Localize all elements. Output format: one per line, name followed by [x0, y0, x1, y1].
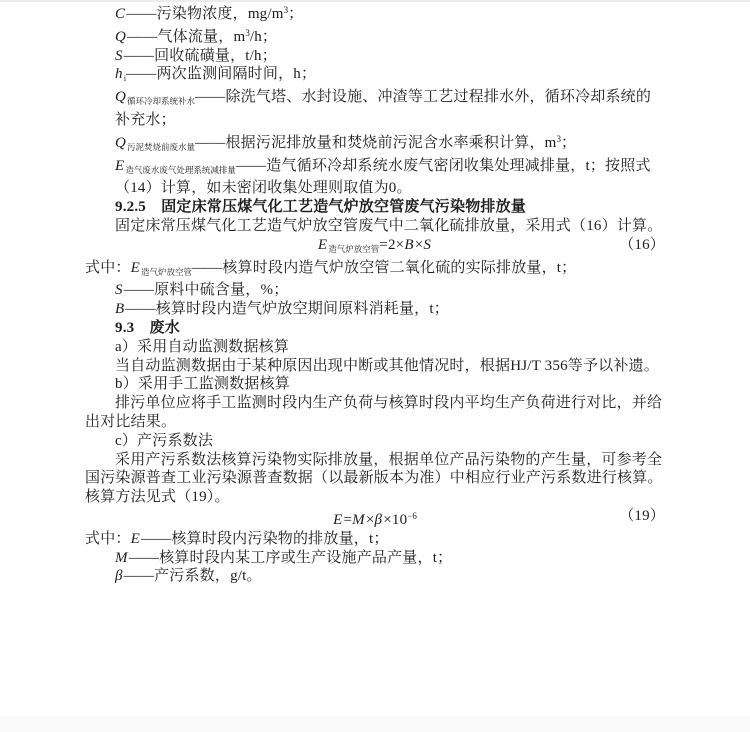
text-run: ×10: [383, 512, 407, 528]
text-run: ——核算时段内造气炉放空管二氧化硫的实际排放量，t；: [192, 260, 576, 276]
definition-line: B——核算时段内造气炉放空期间原料消耗量，t；: [115, 300, 665, 319]
paragraph-line: 采用产污系数法核算污染物实际排放量，根据单位产品污染物的产生量，可参考全国污染源…: [85, 451, 665, 507]
text-run: 排污单位应将手工监测时段内生产负荷与核算时段内平均生产负荷进行对比，并给出对比结…: [85, 395, 662, 430]
text-run: ——产污系数，g/t。: [124, 568, 262, 584]
variable-symbol: E: [318, 237, 328, 253]
where-clause-line: 式中：E——核算时段内污染物的排放量，t；: [85, 530, 665, 549]
definition-line: E造气废水废气处理系统减排量——造气循环冷却系统水废气密闭收集处理减排量，t；按…: [115, 157, 665, 199]
text-run: 9.2.5 固定床常压煤气化工艺造气炉放空管废气污染物排放量: [115, 199, 526, 215]
variable-symbol: M: [115, 550, 129, 566]
formula-line: E造气炉放空管=2×B×S（16）: [85, 236, 665, 259]
variable-symbol: C: [115, 6, 126, 22]
text-run: ——核算时段内造气炉放空期间原料消耗量，t；: [125, 301, 449, 317]
variable-symbol: E: [131, 531, 141, 547]
definition-line: hi——两次监测间隔时间，h；: [115, 65, 665, 88]
variable-symbol: Q: [115, 89, 127, 105]
text-run: 采用产污系数法核算污染物实际排放量，根据单位产品污染物的产生量，可参考全国污染源…: [85, 452, 663, 506]
variable-symbol: Q: [115, 135, 127, 151]
paragraph-line: c）产污系数法: [85, 432, 665, 451]
text-run: 式中：: [85, 531, 131, 547]
text-run: ——造气循环冷却系统水废气密闭收集处理减排量，t；按照式（14）计算，如未密闭收…: [115, 158, 651, 197]
variable-subscript: 污泥焚烧前废水量: [127, 142, 195, 152]
text-run: ；: [288, 6, 303, 22]
paragraph-line: 排污单位应将手工监测时段内生产负荷与核算时段内平均生产负荷进行对比，并给出对比结…: [85, 394, 665, 432]
text-run: 当自动监测数据由于某种原因出现中断或其他情况时，根据HJ/T 356等予以补遗。: [115, 358, 659, 374]
variable-symbol: Q: [115, 29, 127, 45]
text-run: ——气体流量，m: [127, 29, 245, 45]
text-run: 式中：: [85, 260, 131, 276]
text-run: c）产污系数法: [115, 433, 213, 449]
text-run: ——污染物浓度，mg/m: [126, 6, 283, 22]
variable-subscript: 循环冷却系统补水: [127, 96, 195, 106]
formula-line: E=M×β×10−6（19）: [85, 507, 665, 530]
variable-symbol: E: [131, 260, 141, 276]
text-run: b）采用手工监测数据核算: [115, 376, 290, 392]
definition-line: C——污染物浓度，mg/m3；: [115, 1, 665, 24]
text-run: a）采用自动监测数据核算: [115, 339, 289, 355]
variable-symbol: β: [115, 568, 124, 584]
text-run: /h；: [250, 29, 277, 45]
section-heading: 9.2.5 固定床常压煤气化工艺造气炉放空管废气污染物排放量: [85, 198, 665, 217]
text-run: ——核算时段内污染物的排放量，t；: [141, 531, 389, 547]
formula-number: （16）: [619, 236, 665, 255]
section-heading: 9.3 废水: [85, 319, 665, 338]
variable-symbol: M: [352, 512, 366, 528]
variable-symbol: B: [404, 237, 414, 253]
variable-symbol: E: [333, 512, 343, 528]
text-run: =2×: [379, 237, 404, 253]
variable-symbol: β: [375, 512, 384, 528]
text-run: =: [344, 512, 353, 528]
document-page: C——污染物浓度，mg/m3；Q——气体流量，m3/h；S——回收硫磺量，t/h…: [85, 1, 665, 586]
text-run: ——原料中硫含量，%；: [124, 282, 289, 298]
definition-line: S——回收硫磺量，t/h；: [115, 47, 665, 66]
variable-symbol: S: [423, 237, 432, 253]
formula-number: （19）: [619, 507, 665, 526]
variable-symbol: B: [115, 301, 125, 317]
text-run: ——根据污泥排放量和焚烧前污泥含水率乘积计算，m: [195, 135, 556, 151]
definition-line: M——核算时段内某工序或生产设施产品产量，t；: [115, 549, 665, 568]
text-run: ——回收硫磺量，t/h；: [124, 48, 277, 64]
text-run: ——核算时段内某工序或生产设施产品产量，t；: [129, 550, 453, 566]
paragraph-line: b）采用手工监测数据核算: [85, 375, 665, 394]
variable-symbol: E: [115, 158, 125, 174]
variable-symbol: S: [115, 282, 124, 298]
formula-body: E造气炉放空管=2×B×S: [318, 237, 432, 253]
paragraph-line: 固定床常压煤气化工艺造气炉放空管废气中二氧化硫排放量，采用式（16）计算。: [85, 217, 665, 236]
paragraph-line: 当自动监测数据由于某种原因出现中断或其他情况时，根据HJ/T 356等予以补遗。: [85, 357, 665, 376]
variable-subscript: 造气炉放空管: [328, 244, 379, 254]
text-run: ——两次监测间隔时间，h；: [126, 66, 316, 82]
superscript: −6: [407, 511, 417, 521]
text-run: ；: [561, 135, 576, 151]
variable-symbol: S: [115, 48, 124, 64]
variable-subscript: 造气炉放空管: [141, 267, 192, 277]
definition-line: Q——气体流量，m3/h；: [115, 24, 665, 47]
text-run: 固定床常压煤气化工艺造气炉放空管废气中二氧化硫排放量，采用式（16）计算。: [115, 218, 662, 234]
definition-line: S——原料中硫含量，%；: [115, 281, 665, 300]
paragraph-line: a）采用自动监测数据核算: [85, 338, 665, 357]
page-bottom-edge: [0, 716, 750, 732]
variable-symbol: h: [115, 66, 124, 82]
text-run: ×: [366, 512, 375, 528]
definition-line: Q污泥焚烧前废水量——根据污泥排放量和焚烧前污泥含水率乘积计算，m3；: [115, 130, 665, 157]
definition-line: Q循环冷却系统补水——除洗气塔、水封设施、冲渣等工艺过程排水外，循环冷却系统的补…: [115, 88, 665, 130]
definition-line: β——产污系数，g/t。: [115, 567, 665, 586]
where-clause-line: 式中：E造气炉放空管——核算时段内造气炉放空管二氧化硫的实际排放量，t；: [85, 259, 665, 282]
text-run: 9.3 废水: [115, 320, 180, 336]
text-run: ——除洗气塔、水封设施、冲渣等工艺过程排水外，循环冷却系统的补充水；: [115, 89, 651, 128]
formula-body: E=M×β×10−6: [333, 512, 417, 528]
variable-subscript: 造气废水废气处理系统减排量: [125, 165, 236, 175]
